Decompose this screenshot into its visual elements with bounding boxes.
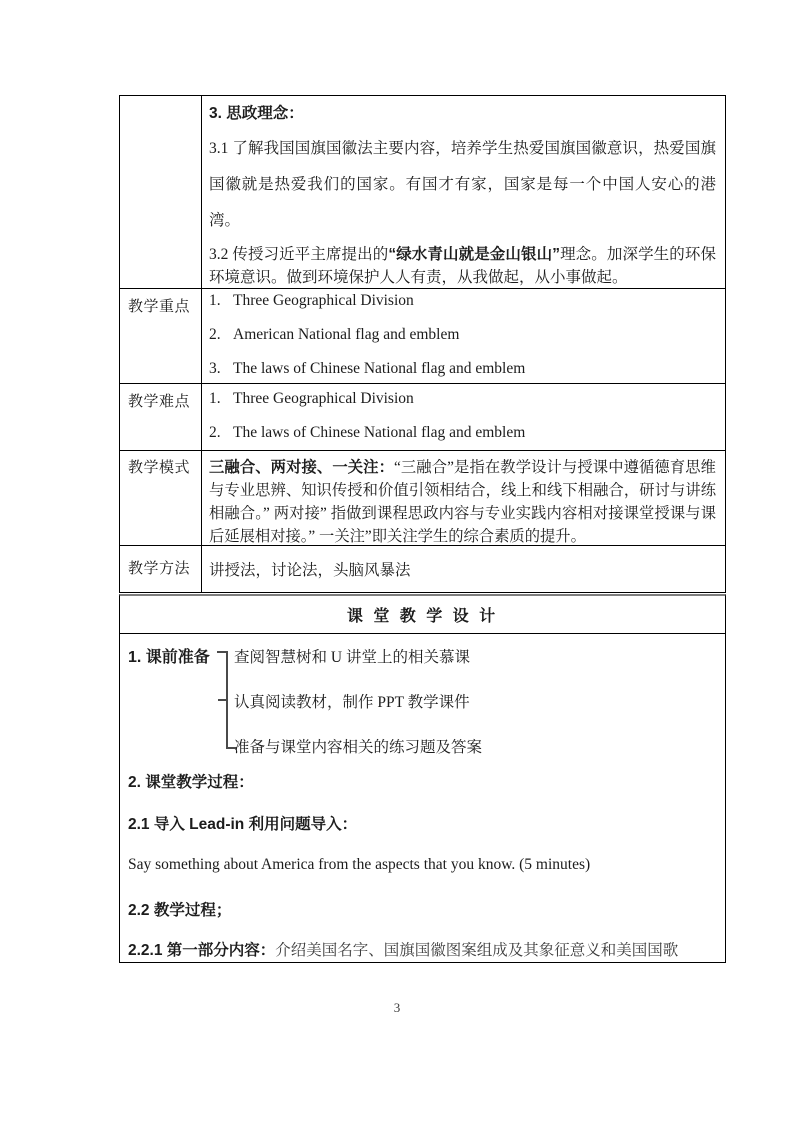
- prep-bracket-top-tick: [217, 651, 226, 653]
- page-number: 3: [0, 1000, 794, 1016]
- list-item-number: 1.: [209, 390, 233, 407]
- mode-bold-lead: 三融合、两对接、一关注：: [209, 459, 394, 476]
- row-label-method: 教学方法: [120, 546, 202, 592]
- part1-line: 2.2.1 第一部分内容：介绍美国名字、国旗国徽图案组成及其象征意义和美国国歌: [128, 938, 678, 960]
- list-item-text: Three Geographical Division: [233, 292, 414, 309]
- list-item-text: American National flag and emblem: [233, 326, 459, 343]
- row-label-key-points: 教学重点: [120, 289, 202, 383]
- lesson-info-table: 3. 思政理念： 3.1 了解我国国旗国徽法主要内容，培养学生热爱国旗国徽意识，…: [119, 95, 726, 593]
- list-item: 2.The laws of Chinese National flag and …: [209, 424, 716, 441]
- list-item: 1.Three Geographical Division: [209, 390, 716, 407]
- row-label-difficulties: 教学难点: [120, 384, 202, 450]
- part1-text: 介绍美国名字、国旗国徽图案组成及其象征意义和美国国歌: [275, 942, 678, 959]
- ideology-paragraph-2: 3.2 传授习近平主席提出的“绿水青山就是金山银山”理念。加深学生的环保环境意识…: [209, 243, 716, 289]
- prep-item: 查阅智慧树和 U 讲堂上的相关慕课: [234, 645, 470, 667]
- list-item: 3.The laws of Chinese National flag and …: [209, 360, 716, 377]
- leadin-heading: 2.1 导入 Lead-in 利用问题导入：: [128, 812, 357, 834]
- procedure-heading: 2.2 教学过程；: [128, 898, 231, 920]
- prep-item: 准备与课堂内容相关的练习题及答案: [234, 735, 482, 757]
- document-page: 3. 思政理念： 3.1 了解我国国旗国徽法主要内容，培养学生热爱国旗国徽意识，…: [0, 0, 794, 1123]
- list-item-number: 1.: [209, 292, 233, 309]
- list-item-text: Three Geographical Division: [233, 390, 414, 407]
- ideology-p2-bold-quote: “绿水青山就是金山银山”: [388, 246, 560, 263]
- list-item-number: 2.: [209, 424, 233, 441]
- key-points-cell: 1.Three Geographical Division 2.American…: [202, 289, 725, 383]
- process-heading: 2. 课堂教学过程：: [128, 770, 254, 792]
- leadin-text: Say something about America from the asp…: [128, 856, 590, 874]
- table-row: 教学重点 1.Three Geographical Division 2.Ame…: [120, 289, 725, 384]
- table-row: 教学难点 1.Three Geographical Division 2.The…: [120, 384, 725, 451]
- ideology-cell: 3. 思政理念： 3.1 了解我国国旗国徽法主要内容，培养学生热爱国旗国徽意识，…: [202, 96, 725, 288]
- method-cell: 讲授法，讨论法，头脑风暴法: [202, 546, 725, 592]
- part1-prefix: 2.2.1 第一部分内容：: [128, 942, 275, 959]
- list-item-number: 3.: [209, 360, 233, 377]
- design-body-cell: 1. 课前准备 查阅智慧树和 U 讲堂上的相关慕课 认真阅读教材，制作 PPT …: [120, 634, 725, 962]
- mode-paragraph: 三融合、两对接、一关注：“三融合”是指在教学设计与授课中遵循德育思维与专业思辨、…: [209, 453, 716, 548]
- ideology-heading: 3. 思政理念：: [209, 98, 716, 123]
- prep-bracket-vertical-line: [226, 651, 228, 749]
- list-item: 2.American National flag and emblem: [209, 326, 716, 343]
- row-label-empty: [120, 96, 202, 288]
- list-item: 1.Three Geographical Division: [209, 292, 716, 309]
- table-row: 3. 思政理念： 3.1 了解我国国旗国徽法主要内容，培养学生热爱国旗国徽意识，…: [120, 96, 725, 289]
- list-item-text: The laws of Chinese National flag and em…: [233, 424, 525, 441]
- design-header-title: 课 堂 教 学 设 计: [120, 596, 725, 634]
- ideology-p2-prefix: 3.2 传授习近平主席提出的: [209, 246, 388, 263]
- prep-label: 1. 课前准备: [128, 644, 210, 667]
- list-item-number: 2.: [209, 326, 233, 343]
- prep-bracket-middle-tick: [218, 699, 226, 701]
- method-text: 讲授法，讨论法，头脑风暴法: [209, 548, 716, 580]
- table-row: 教学模式 三融合、两对接、一关注：“三融合”是指在教学设计与授课中遵循德育思维与…: [120, 451, 725, 546]
- table-row: 教学方法 讲授法，讨论法，头脑风暴法: [120, 546, 725, 592]
- row-label-mode: 教学模式: [120, 451, 202, 545]
- list-item-text: The laws of Chinese National flag and em…: [233, 360, 525, 377]
- ideology-paragraph-1: 3.1 了解我国国旗国徽法主要内容，培养学生热爱国旗国徽意识，热爱国旗国徽就是热…: [209, 131, 716, 239]
- difficulties-cell: 1.Three Geographical Division 2.The laws…: [202, 384, 725, 450]
- prep-item: 认真阅读教材，制作 PPT 教学课件: [234, 690, 470, 712]
- mode-cell: 三融合、两对接、一关注：“三融合”是指在教学设计与授课中遵循德育思维与专业思辨、…: [202, 451, 725, 545]
- class-design-table: 课 堂 教 学 设 计 1. 课前准备 查阅智慧树和 U 讲堂上的相关慕课 认真…: [119, 594, 726, 963]
